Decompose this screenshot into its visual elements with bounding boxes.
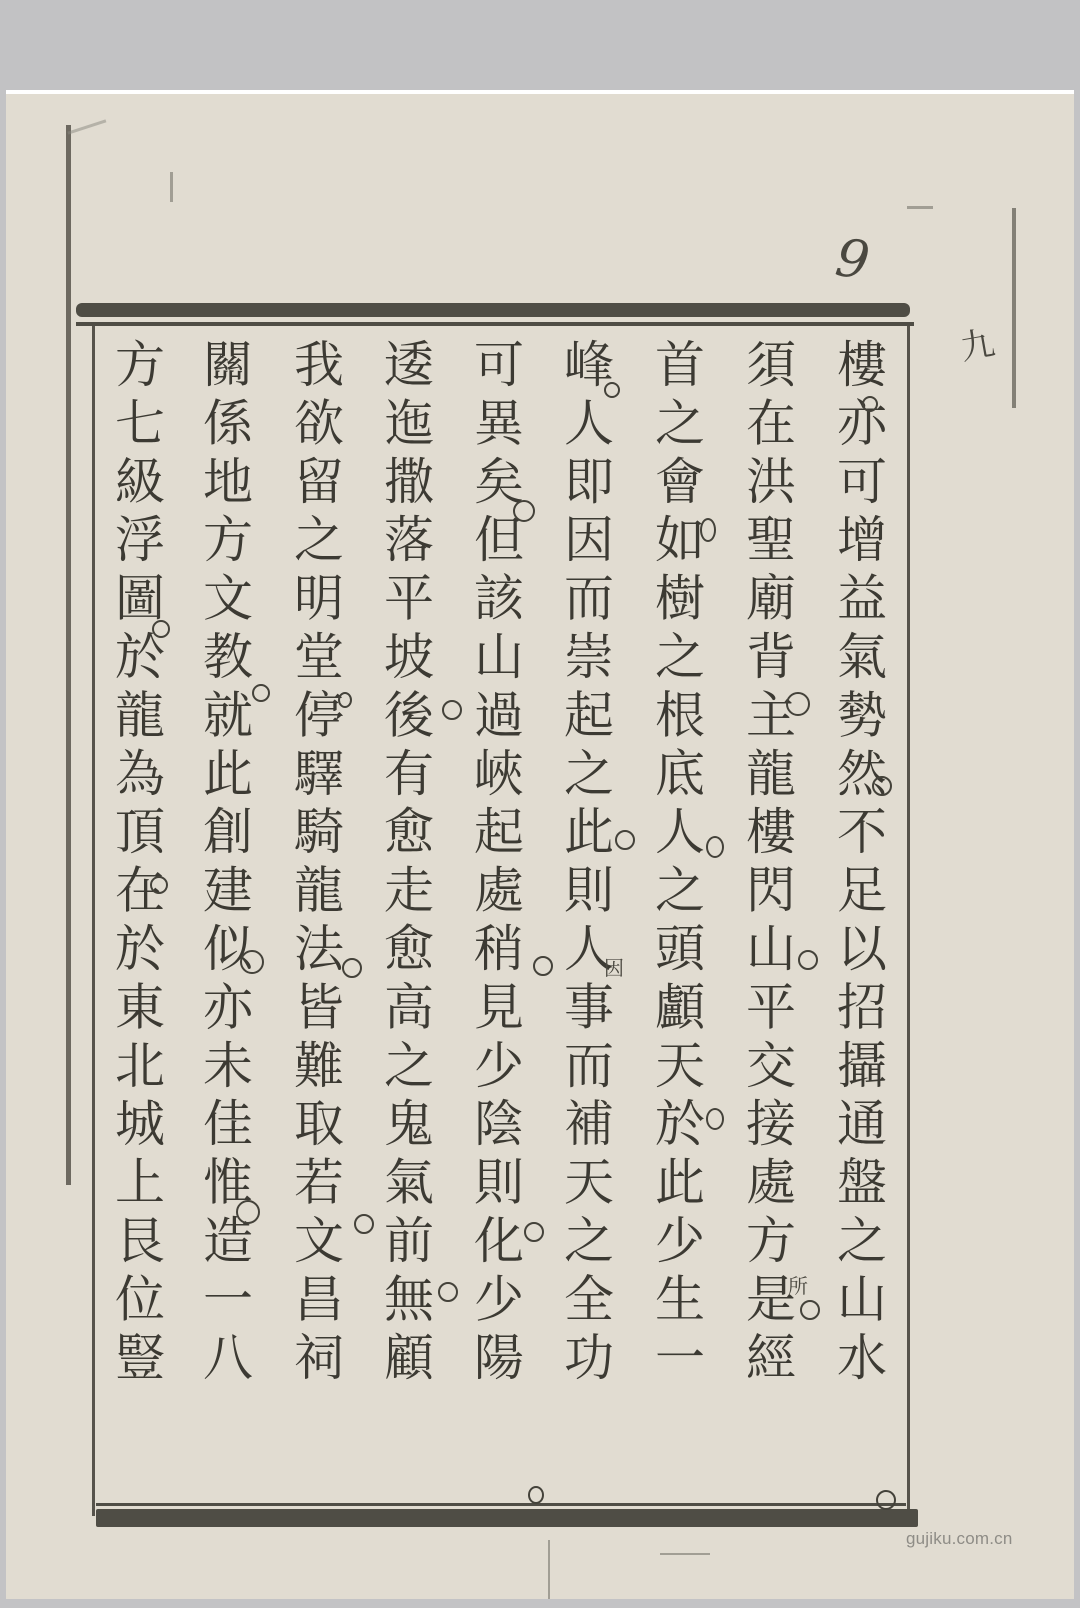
frame-bottom-border — [96, 1509, 918, 1527]
punctuation-circle — [615, 830, 635, 850]
punctuation-circle — [150, 876, 168, 894]
punctuation-circle — [354, 1214, 374, 1234]
text-column-3: 首之會如樹之根底人之頭顱天於此少生一 — [636, 338, 716, 1503]
page-left-edge — [66, 125, 71, 1185]
punctuation-circle — [533, 956, 553, 976]
frame-bottom-inner-border — [96, 1503, 906, 1506]
punctuation-circle — [700, 518, 716, 542]
bottom-gray-band — [0, 1599, 1080, 1608]
text-column-2: 須在洪聖廟背主龍樓閃山平交接處方是經 — [727, 338, 807, 1503]
punctuation-circle — [236, 1200, 260, 1224]
punctuation-circle — [604, 382, 620, 398]
faint-mark — [660, 1553, 710, 1555]
punctuation-circle — [252, 684, 270, 702]
marginal-annotation: 所 — [788, 1270, 808, 1299]
faint-mark — [170, 172, 173, 202]
punctuation-circle — [706, 836, 724, 858]
punctuation-circle — [862, 396, 878, 412]
punctuation-circle — [152, 620, 170, 638]
frame-top-inner-border — [76, 322, 914, 326]
text-column-7: 我欲留之明堂停驛騎龍法皆難取若文昌祠 — [275, 338, 355, 1503]
punctuation-circle — [442, 700, 462, 720]
punctuation-circle — [513, 500, 535, 522]
punctuation-circle — [786, 692, 810, 716]
punctuation-circle — [872, 776, 892, 796]
punctuation-circle — [706, 1108, 724, 1130]
punctuation-circle — [798, 950, 818, 970]
punctuation-circle — [528, 1486, 544, 1504]
text-column-9: 方七級浮圖於龍為頂在於東北城上艮位豎 — [96, 338, 176, 1503]
text-column-8: 關係地方文教就此創建似亦未佳惟造一八 — [184, 338, 264, 1503]
punctuation-circle — [438, 1282, 458, 1302]
punctuation-circle — [338, 692, 352, 708]
faint-mark — [548, 1540, 550, 1600]
frame-right-border — [907, 326, 910, 1511]
punctuation-circle — [876, 1490, 896, 1510]
text-column-6: 逶迤撒落平坡後有愈走愈高之鬼氣前無顧 — [365, 338, 445, 1503]
punctuation-circle — [800, 1300, 820, 1320]
marginal-annotation: 因 — [604, 952, 624, 981]
top-gray-band — [0, 0, 1080, 90]
text-column-1: 樓亦可增益氣勢然不足以招攝通盤之山水 — [818, 338, 898, 1503]
page-right-edge — [1012, 208, 1016, 408]
watermark: gujiku.com.cn — [906, 1529, 1013, 1549]
frame-left-border — [92, 326, 95, 1516]
punctuation-circle — [342, 958, 362, 978]
faint-mark — [907, 206, 933, 209]
text-column-4: 峰人即因而崇起之此則人事而補天之全功 — [545, 338, 625, 1503]
frame-top-border — [76, 303, 910, 317]
punctuation-circle — [524, 1222, 544, 1242]
punctuation-circle — [240, 950, 264, 974]
